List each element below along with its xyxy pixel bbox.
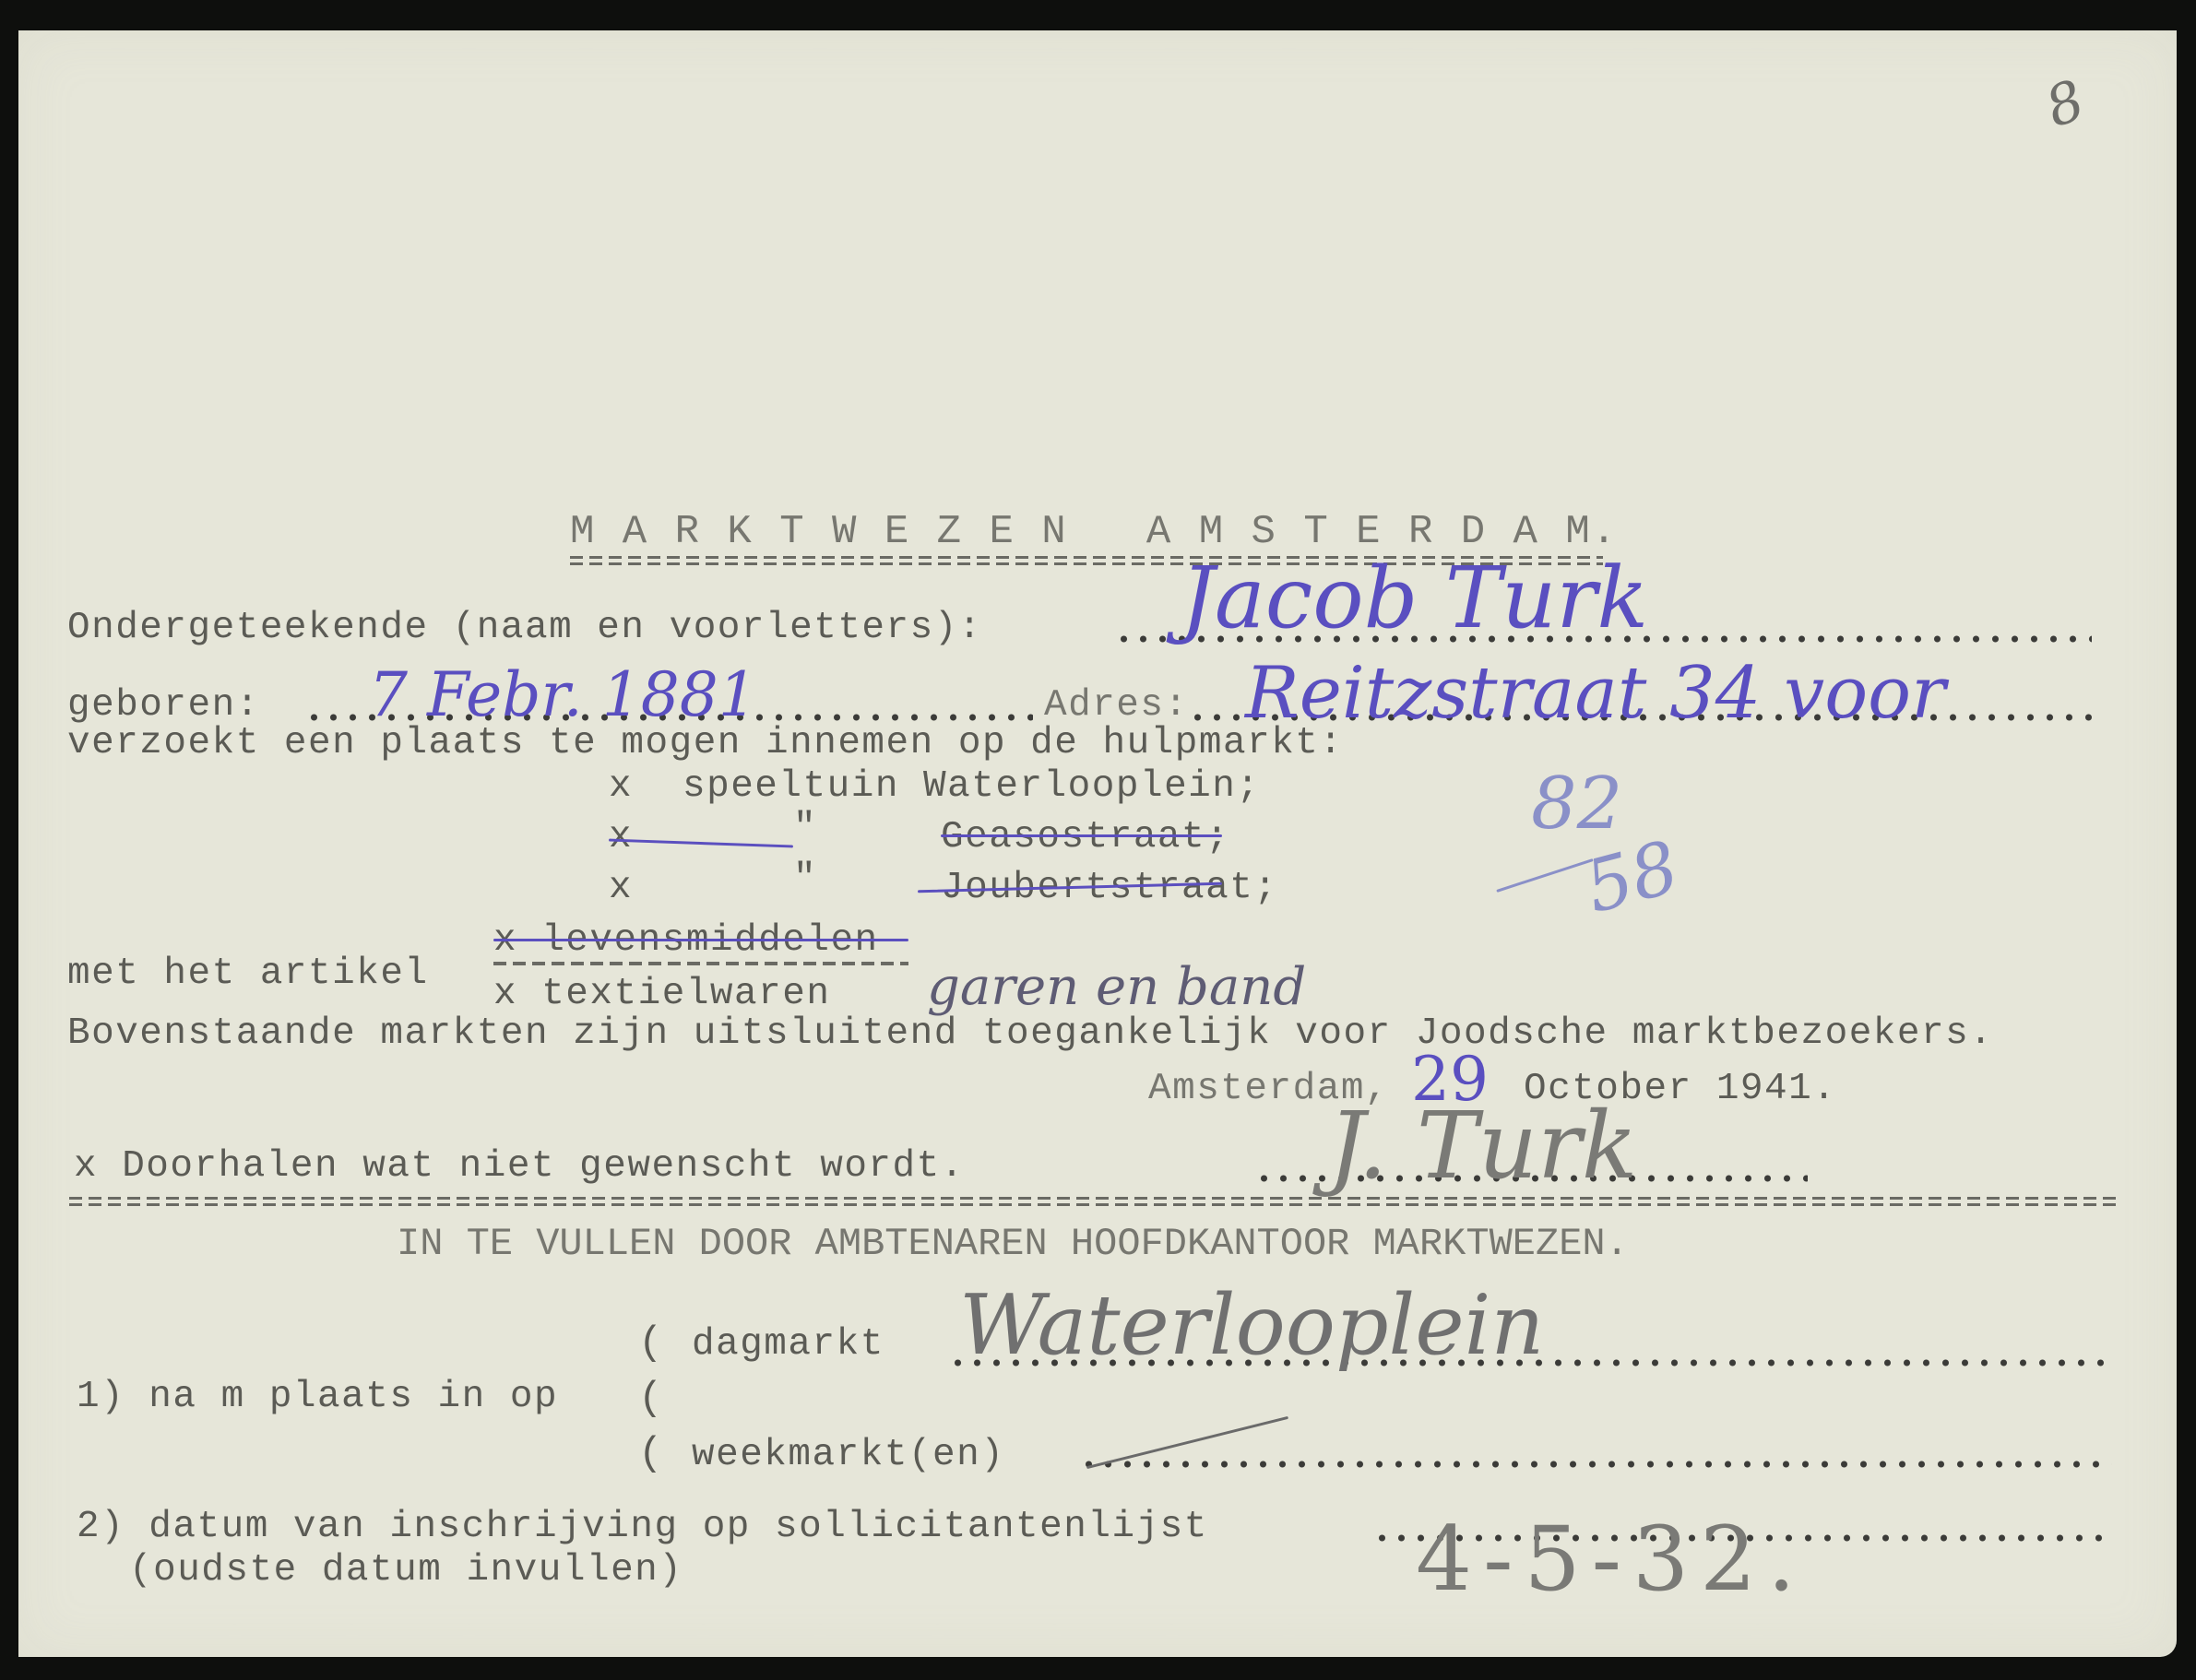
- corner-pencil-mark: 8: [2039, 72, 2091, 136]
- margin-note-bottom: 58: [1579, 831, 1686, 924]
- official-section-header: IN TE VULLEN DOOR AMBTENAREN HOOFDKANTOO…: [397, 1225, 1629, 1263]
- dagmarkt-label: dagmarkt: [692, 1326, 884, 1364]
- weekmarkt-label: weekmarkt(en): [692, 1437, 1004, 1474]
- item1-label: 1) na m plaats in op: [77, 1378, 558, 1416]
- article-option-textile[interactable]: x textielwaren: [493, 976, 830, 1013]
- article-label: met het artikel: [67, 955, 429, 993]
- weekmarkt-dots: [1079, 1460, 2112, 1469]
- margin-note-top: 82: [1531, 768, 1622, 840]
- market-ditto: ": [793, 810, 817, 847]
- article-fraction-line: [493, 962, 908, 965]
- signature[interactable]: J. Turk: [1328, 1100, 1637, 1192]
- market-name-strike: [941, 834, 1222, 837]
- name-value[interactable]: Jacob Turk: [1181, 556, 1648, 641]
- article-handwritten[interactable]: garen en band: [927, 962, 1306, 1013]
- address-label: Adres:: [1044, 687, 1189, 725]
- market-ditto: ": [793, 860, 817, 898]
- section-divider: [69, 1197, 2121, 1208]
- request-line: verzoekt een plaats te mogen innemen op …: [67, 725, 1344, 763]
- address-value[interactable]: Reitzstraat 34 voor: [1245, 657, 1945, 729]
- registration-form-card: 8 M A R K T W E Z E N A M S T E R D A M.…: [18, 30, 2177, 1657]
- jewish-only-notice: Bovenstaande markten zijn uitsluitend to…: [67, 1015, 1993, 1053]
- strike-through-footnote: x Doorhalen wat niet gewenscht wordt.: [74, 1148, 965, 1186]
- item2-value[interactable]: 4-5-32.: [1416, 1515, 1807, 1603]
- brace-top: (: [638, 1323, 662, 1364]
- market-name: speeltuin Waterlooplein;: [683, 768, 1261, 806]
- brace-middle: (: [638, 1378, 662, 1419]
- born-value[interactable]: 7 Febr. 1881: [369, 665, 757, 726]
- born-label: geboren:: [67, 687, 260, 725]
- market-name: Geasostraat;: [941, 819, 1229, 857]
- name-label: Ondergeteekende (naam en voorletters):: [67, 609, 982, 647]
- form-title: M A R K T W E Z E N A M S T E R D A M.: [570, 512, 1618, 552]
- market-mark[interactable]: x: [609, 870, 633, 907]
- brace-bottom: (: [638, 1434, 662, 1474]
- item2-sublabel: (oudste datum invullen): [129, 1552, 683, 1590]
- market-mark-strike: [609, 839, 793, 848]
- article-option-food-strike: [493, 939, 908, 941]
- dagmarkt-value[interactable]: Waterlooplein: [959, 1284, 1544, 1367]
- market-mark[interactable]: x: [609, 819, 633, 857]
- margin-note-fraction-line: [1496, 858, 1594, 893]
- market-mark[interactable]: x: [609, 768, 633, 806]
- item2-label: 2) datum van inschrijving op sollicitant…: [77, 1508, 1208, 1546]
